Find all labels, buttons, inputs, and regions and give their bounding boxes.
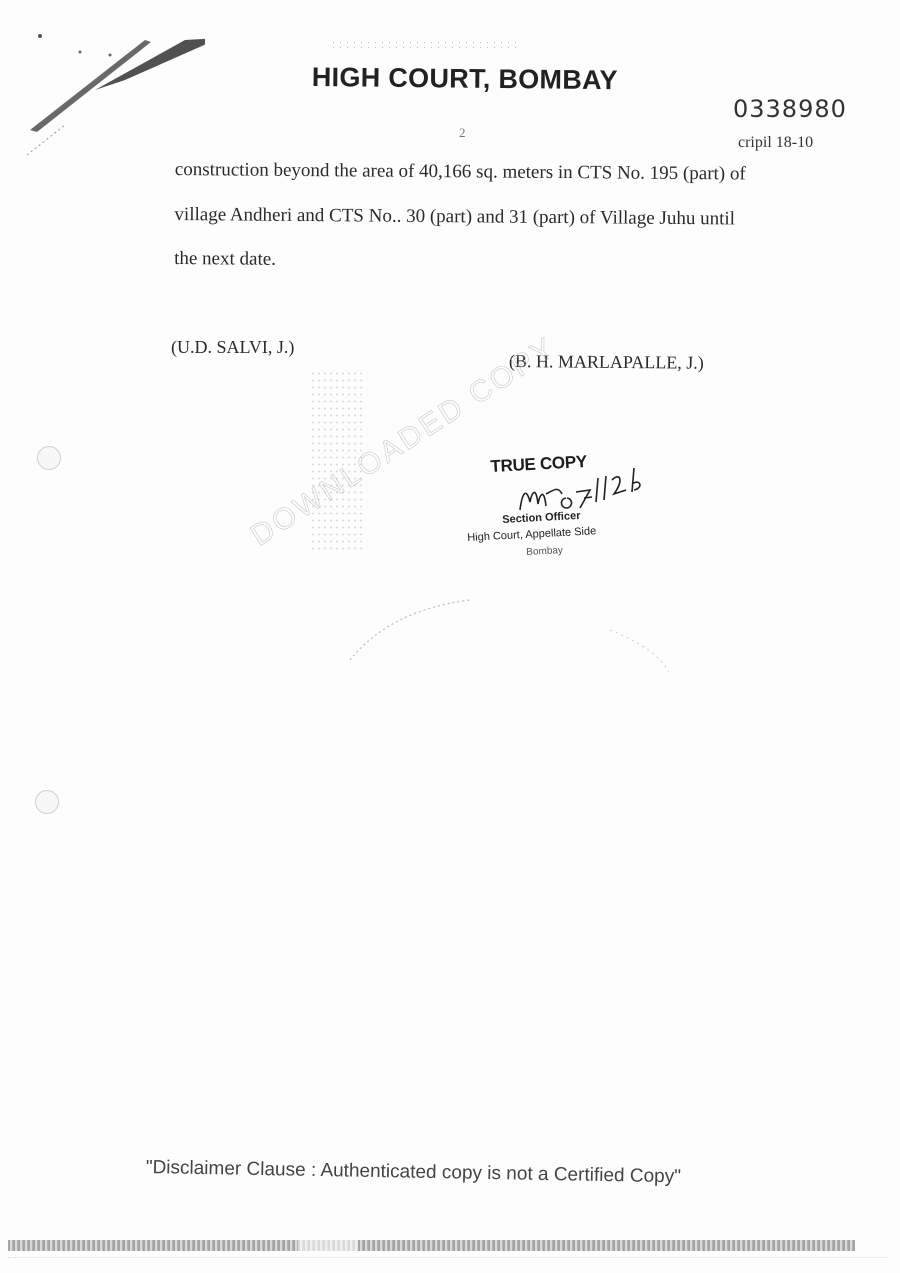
punch-hole-icon — [35, 790, 59, 814]
order-text-line: village Andheri and CTS No.. 30 (part) a… — [174, 192, 784, 241]
page-number: 2 — [459, 125, 466, 141]
true-copy-stamp: TRUE COPY Section Officer High Court, Ap… — [462, 452, 682, 572]
order-text: construction beyond the area of 40,166 s… — [174, 148, 785, 286]
punch-hole-icon — [37, 446, 61, 470]
court-title: HIGH COURT, BOMBAY — [312, 62, 618, 96]
scan-artifact — [25, 30, 205, 160]
stamp-office: High Court, Appellate Side — [467, 525, 596, 544]
faint-seal-arc — [350, 590, 680, 770]
header-scan-noise — [330, 40, 520, 52]
disclaimer-clause: "Disclaimer Clause : Authenticated copy … — [146, 1157, 681, 1188]
scan-bottom-line — [8, 1257, 888, 1259]
order-text-line: construction beyond the area of 40,166 s… — [175, 148, 785, 197]
handwritten-signature-icon — [512, 464, 662, 514]
stamp-city: Bombay — [526, 545, 563, 558]
order-text-line: the next date. — [174, 237, 784, 286]
serial-number: 0338980 — [733, 95, 847, 123]
reference-code: cripil 18-10 — [738, 134, 813, 152]
scan-bottom-strip — [8, 1240, 855, 1251]
judge-left-signature: (U.D. SALVI, J.) — [171, 337, 294, 358]
